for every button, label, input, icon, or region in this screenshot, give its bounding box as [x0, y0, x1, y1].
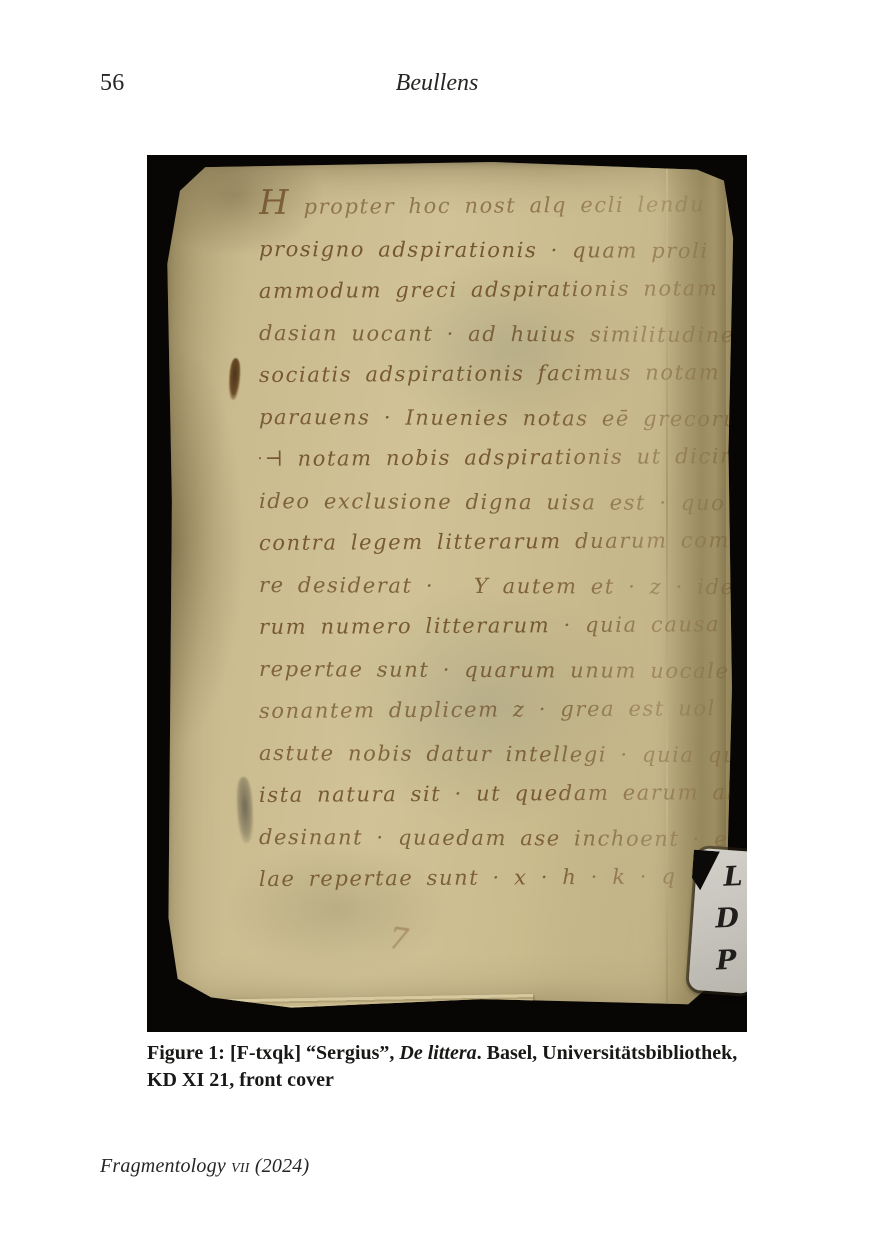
- manuscript-photo: H propter hoc nost alq ecli lendu prosig…: [147, 155, 747, 1032]
- manuscript-line: ideo exclusione digna uisa est · quo seq…: [259, 480, 740, 524]
- journal-year: (2024): [255, 1155, 310, 1177]
- manuscript-line: rum numero litterarum · quia causa: [259, 603, 740, 648]
- manuscript-line: parauens · Inuenies notas eē grecoru: [259, 396, 740, 440]
- manuscript-line: dasian uocant · ad huius similitudinem: [259, 312, 740, 356]
- journal-name: Fragmentology: [100, 1155, 226, 1177]
- manuscript-text-block: H propter hoc nost alq ecli lendu prosig…: [259, 182, 740, 1011]
- shelfmark-letter: P: [697, 939, 747, 983]
- manuscript-line: ammodum greci adspirationis notam: [259, 267, 740, 312]
- journal-footer: Fragmentology vii (2024): [100, 1155, 309, 1178]
- manuscript-line: sonantem duplicem z · grea est uol: [259, 687, 740, 732]
- parchment-cover: H propter hoc nost alq ecli lendu prosig…: [165, 162, 740, 1011]
- ink-stain: [228, 358, 242, 401]
- caption-work-title: De littera: [399, 1042, 476, 1064]
- figure-caption: Figure 1: [F-txqk] “Sergius”, De littera…: [147, 1040, 761, 1094]
- manuscript-line: re desiderat · Y autem et · z · ideo non: [259, 564, 740, 608]
- manuscript-line: contra legem litterarum duarum com: [259, 519, 740, 564]
- journal-page: 56 Beullens H propter hoc nost alq ecli …: [0, 0, 874, 1240]
- caption-suffix: . Basel, Universitätsbibliothek,: [477, 1042, 738, 1064]
- manuscript-line: lae repertae sunt · x · h · k · q · y · …: [259, 855, 740, 900]
- manuscript-line: sociatis adspirationis facimus notam: [259, 351, 740, 396]
- manuscript-line: H propter hoc nost alq ecli lendu: [259, 182, 740, 228]
- running-head: Beullens: [0, 70, 874, 97]
- shelfmark-letter: D: [696, 897, 747, 941]
- caption-line2: KD XI 21, front cover: [147, 1067, 761, 1094]
- caption-prefix: Figure 1: [F-txqk] “Sergius”,: [147, 1042, 399, 1064]
- wear-stain: [235, 777, 254, 844]
- shelfmark-label: L D P: [688, 848, 747, 994]
- journal-volume: vii: [231, 1155, 249, 1177]
- book-page-edges: [188, 994, 533, 1016]
- manuscript-line: prosigno adspirationis · quam proli: [259, 228, 740, 272]
- manuscript-line: ista natura sit · ut quedam earum ab: [259, 771, 740, 816]
- manuscript-line: repertae sunt · quarum unum uocale: [259, 648, 740, 692]
- manuscript-line: ⊢⊣ notam nobis adspirationis ut dicim: [259, 435, 740, 480]
- manuscript-line: astute nobis datur intellegi · quia quo: [259, 732, 740, 776]
- shelfmark-letter: L: [705, 856, 747, 900]
- manuscript-line: desinant · quaedam ase inchoent · et: [259, 816, 740, 860]
